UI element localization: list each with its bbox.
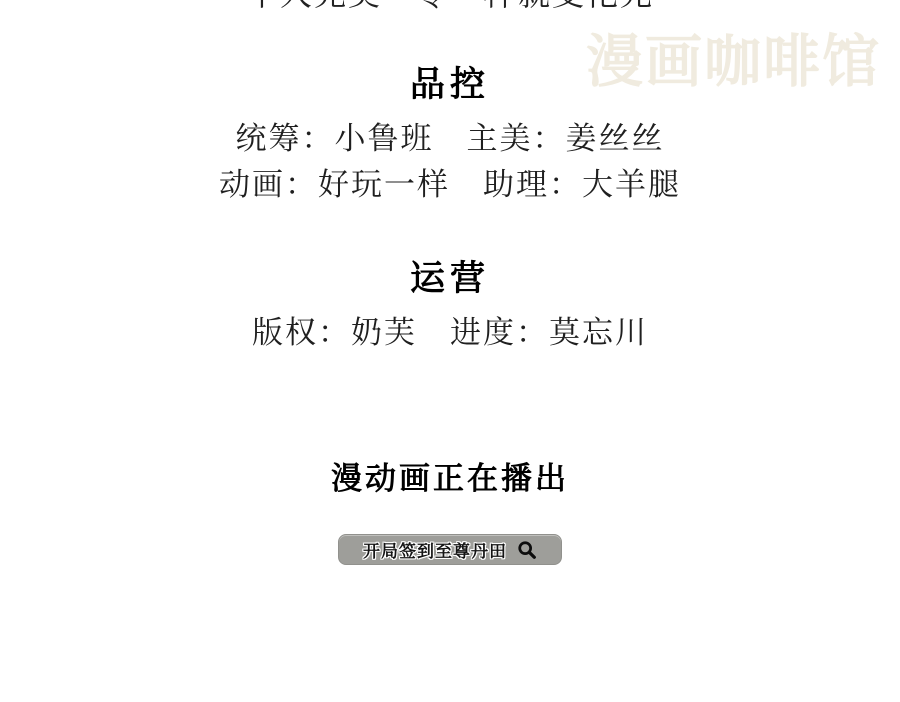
top-clipped-credit-line: 千人完美 专 样就变化光	[0, 0, 900, 12]
search-pill-button[interactable]: 开局签到至尊丹田	[338, 534, 562, 565]
search-pill-label: 开局签到至尊丹田	[363, 537, 507, 562]
comic-credits-page: 千人完美 专 样就变化光 漫画咖啡馆 品控 统筹：小鲁班 主美：姜丝丝 动画：好…	[0, 0, 900, 702]
credit-line-animation-assistant: 动画：好玩一样 助理：大羊腿	[0, 167, 900, 203]
broadcast-title: 漫动画正在播出	[0, 461, 900, 497]
section-heading-quality-control: 品控	[0, 66, 900, 105]
credit-line-copyright-progress: 版权：奶芙 进度：莫忘川	[0, 315, 900, 351]
magnifier-icon	[517, 540, 537, 560]
credit-line-coordinator-artdirector: 统筹：小鲁班 主美：姜丝丝	[0, 121, 900, 157]
section-heading-operations: 运营	[0, 260, 900, 299]
